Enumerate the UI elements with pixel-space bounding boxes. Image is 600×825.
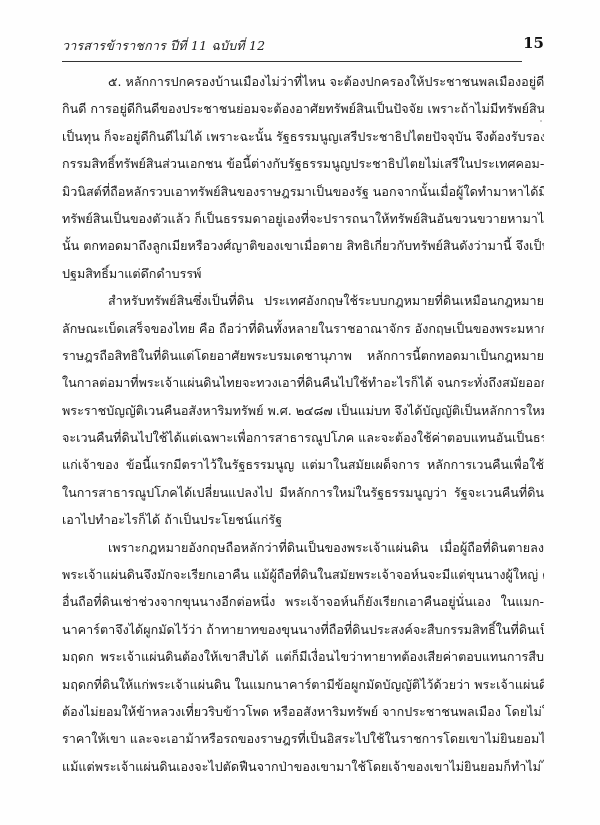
text-line: ต้องไม่ยอมให้ข้าหลวงเที่ยวริบข้าวโพด หรื… <box>62 698 544 725</box>
text-line: นาคาร์ตาจึงได้ผูกมัดไว้ว่า ถ้าทายาทของขุ… <box>62 616 544 643</box>
text-line: ๕. หลักการปกครองบ้านเมืองไม่ว่าที่ไหน จะ… <box>62 68 544 95</box>
text-line: ปฐมสิทธิ์มาแต่ดึกดำบรรพ์ <box>62 260 544 287</box>
text-line: พระเจ้าแผ่นดินจึงมักจะเรียกเอาคืน แม้ผู้… <box>62 561 544 588</box>
text-line: กรรมสิทธิ์ทรัพย์สินส่วนเอกชน ข้อนี้ต่างก… <box>62 150 544 177</box>
scan-artifact <box>540 120 542 122</box>
text-line: มฤดก พระเจ้าแผ่นดินต้องให้เขาสืบได้ แต่ก… <box>62 643 544 670</box>
text-line: ราษฎรถือสิทธิในที่ดินแต่โดยอาศัยพระบรมเด… <box>62 342 544 369</box>
text-line: กินดี การอยู่ดีกินดีของประชาชนย่อมจะต้อง… <box>62 95 544 122</box>
text-line: มฤดกที่ดินให้แก่พระเจ้าแผ่นดิน ในแมกนาคา… <box>62 671 544 698</box>
page-number: 15 <box>523 34 544 52</box>
text-line: ในกาลต่อมาที่พระเจ้าแผ่นดินไทยจะทวงเอาที… <box>62 369 544 396</box>
text-line: เป็นทุน ก็จะอยู่ดีกินดีไม่ได้ เพราะฉะนั้… <box>62 123 544 150</box>
text-line: เอาไปทำอะไรก็ได้ ถ้าเป็นประโยชน์แก่รัฐ <box>62 506 544 533</box>
text-line: มิวนิสต์ที่ถือหลักรวบเอาทรัพย์สินของราษฎ… <box>62 178 544 205</box>
text-line: ทรัพย์สินเป็นของตัวแล้ว ก็เป็นธรรมดาอยู่… <box>62 205 544 232</box>
paragraph-magna-carta: เพราะกฎหมายอังกฤษถือหลักว่าที่ดินเป็นของ… <box>62 534 544 781</box>
text-line: พระราชบัญญัติเวนคืนอสังหาริมทรัพย์ พ.ศ. … <box>62 397 544 424</box>
running-header: วารสารข้าราชการ ปีที่ 11 ฉบับที่ 12 15 <box>62 34 544 56</box>
text-line: อื่นถือที่ดินเช่าช่วงจากขุนนางอีกต่อหนึ่… <box>62 588 544 615</box>
scan-artifact <box>104 737 106 739</box>
body-text: ๕. หลักการปกครองบ้านเมืองไม่ว่าที่ไหน จะ… <box>62 68 544 780</box>
text-line: ในการสาธารณูปโภคได้เปลี่ยนแปลงไป มีหลักก… <box>62 479 544 506</box>
text-line: ลักษณะเบ็ดเสร็จของไทย คือ ถือว่าที่ดินทั… <box>62 315 544 342</box>
text-line: ราคาให้เขา และจะเอาม้าหรือรถของราษฎรที่เ… <box>62 725 544 752</box>
text-line: เพราะกฎหมายอังกฤษถือหลักว่าที่ดินเป็นของ… <box>62 534 544 561</box>
text-line: สำหรับทรัพย์สินซึ่งเป็นที่ดิน ประเทศอังก… <box>62 287 544 314</box>
header-divider <box>62 61 522 62</box>
text-line: นั้น ตกทอดมาถึงลูกเมียหรือวงศ์ญาติของเขา… <box>62 232 544 259</box>
text-line: แก่เจ้าของ ข้อนี้แรกมีตราไว้ในรัฐธรรมนูญ… <box>62 451 544 478</box>
paragraph-land-law: สำหรับทรัพย์สินซึ่งเป็นที่ดิน ประเทศอังก… <box>62 287 544 534</box>
text-line: แม้แต่พระเจ้าแผ่นดินเองจะไปตัดฟืนจากป่าข… <box>62 753 544 780</box>
paragraph-property-rights: ๕. หลักการปกครองบ้านเมืองไม่ว่าที่ไหน จะ… <box>62 68 544 287</box>
document-page: วารสารข้าราชการ ปีที่ 11 ฉบับที่ 12 15 ๕… <box>0 0 600 825</box>
text-line: จะเวนคืนที่ดินไปใช้ได้แต่เฉพาะเพื่อการสา… <box>62 424 544 451</box>
journal-title: วารสารข้าราชการ ปีที่ 11 ฉบับที่ 12 <box>62 36 265 56</box>
